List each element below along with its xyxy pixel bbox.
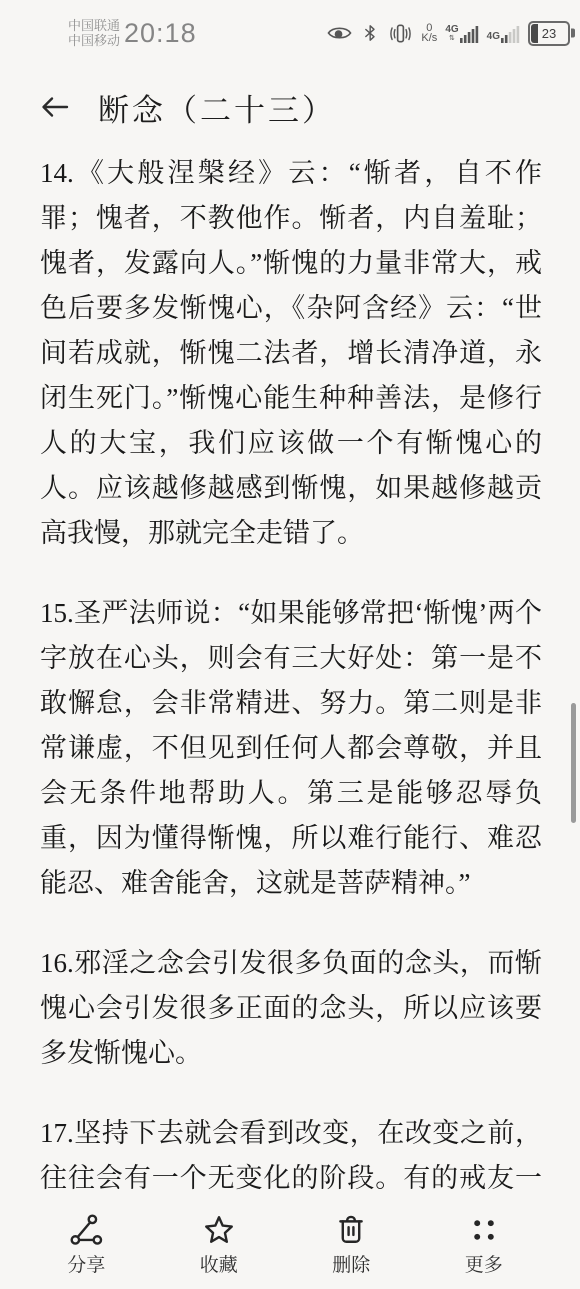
vibrate-icon [388,22,413,45]
share-icon [69,1212,103,1248]
status-left: 中国联通 中国移动 20:18 [68,18,197,49]
trash-icon [334,1212,368,1248]
status-bar: 中国联通 中国移动 20:18 [0,0,580,58]
data-arrows-icon: ⇅ [449,35,455,42]
page-header: 断念（二十三） [38,84,560,130]
delete-button[interactable]: 删除 [285,1205,418,1289]
carrier-line-2: 中国移动 [68,33,120,48]
bottom-toolbar: 分享 收藏 删除 [0,1205,580,1289]
more-dots-icon [467,1212,501,1248]
network-speed-unit: K/s [421,33,437,43]
paragraph-15: 15.圣严法师说：“如果能够常把‘惭愧’两个字放在心头，则会有三大好处：第一是不… [40,591,542,906]
sim1-network-label: 4G [445,25,458,35]
sim1-signal: 4G ⇅ [445,24,478,43]
status-right: 0 K/s 4G ⇅ 4G [327,21,570,46]
signal-bars-full-icon [460,24,479,43]
page-title: 断念（二十三） [98,85,336,130]
battery-percent: 23 [542,26,556,41]
network-speed: 0 K/s [421,23,437,43]
back-arrow-icon [39,91,71,123]
more-label: 更多 [465,1250,503,1277]
paragraph-14: 14.《大般涅槃经》云：“惭者，自不作罪；愧者，不教他作。惭者，内自羞耻；愧者，… [40,151,542,556]
carrier-names: 中国联通 中国移动 [68,18,120,48]
signal-bars-weak-icon [501,24,520,43]
scrollbar-thumb[interactable] [571,703,576,823]
favorite-label: 收藏 [200,1250,238,1277]
star-icon [202,1212,236,1248]
more-button[interactable]: 更多 [418,1205,551,1289]
share-button[interactable]: 分享 [20,1205,153,1289]
article-content: 14.《大般涅槃经》云：“惭者，自不作罪；愧者，不教他作。惭者，内自羞耻；愧者，… [40,151,542,1281]
phone-screen: 中国联通 中国移动 20:18 [0,0,580,1289]
bluetooth-icon [360,22,380,44]
carrier-line-1: 中国联通 [68,18,120,33]
back-button[interactable] [38,90,72,124]
status-time: 20:18 [124,18,197,49]
share-label: 分享 [67,1250,105,1277]
battery-fill-level [531,24,538,43]
battery-icon: 23 [528,21,570,46]
battery-nub [571,29,575,38]
delete-label: 删除 [332,1250,370,1277]
sim2-signal: 4G [487,24,520,43]
paragraph-16: 16.邪淫之念会引发很多负面的念头，而惭愧心会引发很多正面的念头，所以应该要多发… [40,941,542,1076]
eye-comfort-icon [327,24,352,42]
favorite-button[interactable]: 收藏 [153,1205,286,1289]
sim2-network-label: 4G [487,32,500,42]
